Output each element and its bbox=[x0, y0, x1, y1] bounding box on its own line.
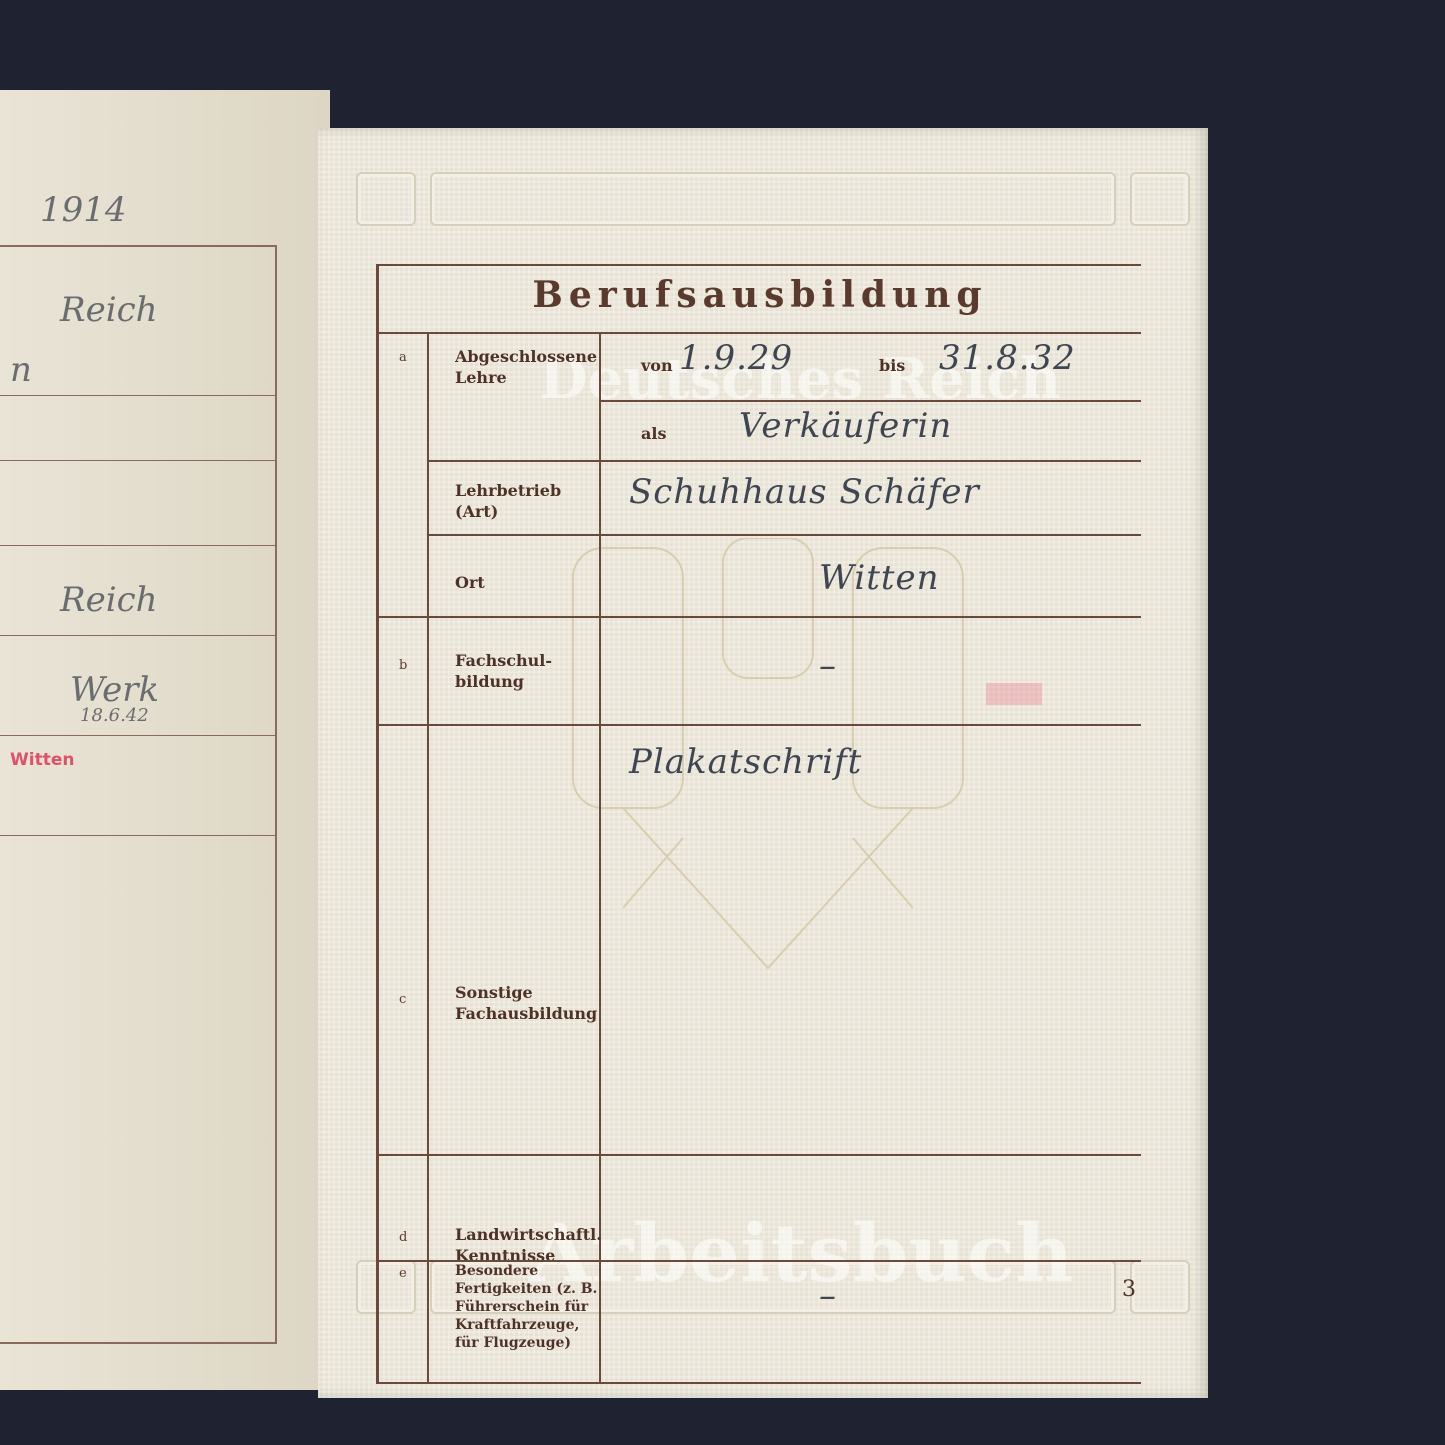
decorative-border-top bbox=[358, 168, 1188, 230]
divider bbox=[427, 534, 1141, 536]
divider bbox=[427, 332, 429, 1384]
value-training-company: Schuhhaus Schäfer bbox=[629, 472, 980, 512]
section-letter-d: d bbox=[399, 1230, 407, 1245]
divider bbox=[427, 460, 1141, 462]
stamp-text: Witten bbox=[10, 750, 74, 770]
divider bbox=[379, 616, 1141, 618]
value-technical-school: – bbox=[819, 646, 837, 686]
handwritten-text: Reich bbox=[60, 580, 158, 620]
section-letter-a: a bbox=[399, 350, 407, 365]
divider bbox=[379, 1154, 1141, 1156]
label-place: Ort bbox=[455, 572, 485, 593]
divider bbox=[379, 1382, 1141, 1384]
label-to: bis bbox=[879, 356, 905, 375]
border-block bbox=[358, 174, 414, 224]
divider bbox=[599, 400, 1141, 402]
divider bbox=[0, 735, 275, 736]
page-number: 3 bbox=[1122, 1277, 1136, 1302]
watermark-bottom: Arbeitsbuch bbox=[529, 1206, 1073, 1300]
divider bbox=[0, 635, 275, 636]
divider bbox=[379, 724, 1141, 726]
divider bbox=[0, 460, 275, 461]
section-letter-c: c bbox=[399, 992, 406, 1007]
divider bbox=[379, 332, 1141, 334]
label-as: als bbox=[641, 424, 666, 443]
handwritten-text: n bbox=[10, 350, 32, 390]
divider bbox=[0, 835, 275, 836]
right-page: Berufsausbildung Deutsches Reich Arbeits… bbox=[318, 128, 1208, 1398]
value-occupation: Verkäuferin bbox=[739, 406, 952, 446]
section-letter-e: e bbox=[399, 1266, 407, 1281]
form-title: Berufsausbildung bbox=[379, 274, 1141, 316]
section-letter-b: b bbox=[399, 658, 407, 673]
handwritten-year: 1914 bbox=[40, 190, 127, 230]
label-special-skills: Besondere Fertigkeiten (z. B. Führersche… bbox=[455, 1262, 605, 1352]
value-to-date: 31.8.32 bbox=[939, 338, 1076, 378]
value-special-skills: – bbox=[819, 1276, 837, 1316]
handwritten-date: 18.6.42 bbox=[80, 705, 149, 726]
left-page: 1914 Reich n Reich Werk 18.6.42 Witten bbox=[0, 90, 330, 1390]
value-from-date: 1.9.29 bbox=[679, 338, 793, 378]
left-page-frame bbox=[0, 245, 277, 1344]
handwritten-text: Reich bbox=[60, 290, 158, 330]
label-technical-school: Fachschul-bildung bbox=[455, 650, 565, 692]
label-other-training: Sonstige Fachausbildung bbox=[455, 982, 605, 1024]
red-stamp-mark bbox=[986, 683, 1042, 705]
label-completed-apprenticeship: Abgeschlossene Lehre bbox=[455, 346, 595, 388]
divider bbox=[0, 395, 275, 396]
value-other-training: Plakatschrift bbox=[629, 742, 862, 782]
border-block bbox=[1132, 174, 1188, 224]
border-panel bbox=[432, 174, 1114, 224]
value-place: Witten bbox=[819, 558, 940, 598]
divider bbox=[0, 545, 275, 546]
vocational-training-form: Berufsausbildung Deutsches Reich Arbeits… bbox=[376, 264, 1141, 1384]
label-training-company: Lehrbetrieb (Art) bbox=[455, 480, 595, 522]
handwritten-text: Werk bbox=[70, 670, 159, 710]
label-from: von bbox=[641, 356, 673, 375]
